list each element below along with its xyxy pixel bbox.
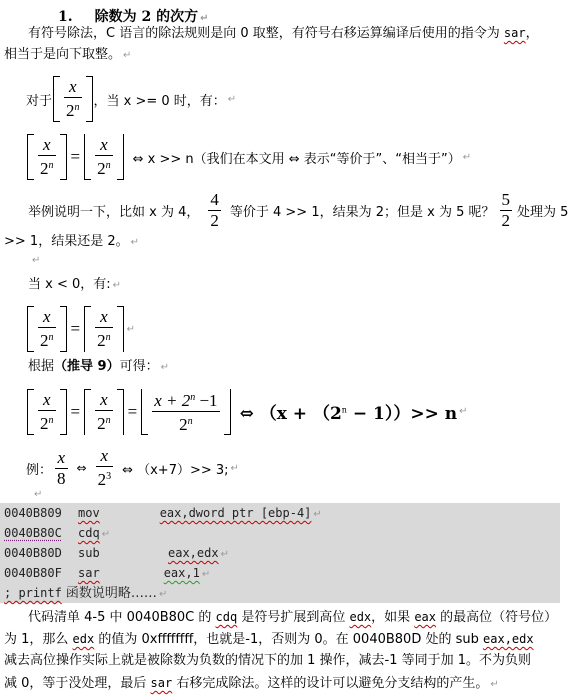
paragraph-mark: ↵ <box>113 280 121 291</box>
formula: x2n = x2n <box>26 134 125 180</box>
intro-line-1: 有符号除法，C 语言的除法规则是向 0 取整，有符号右移运算编译后使用的指令为 … <box>28 22 539 45</box>
fraction: x2n <box>64 77 82 121</box>
text: 等价于 4 >> 1，结果为 2；但是 x 为 5 呢？ <box>230 201 495 220</box>
paragraph-mark: ↵ <box>463 152 471 163</box>
paragraph-mark: ↵ <box>161 362 169 373</box>
code-term-sar: sar <box>504 26 526 40</box>
bracket-left <box>53 76 60 122</box>
derivation-label: 根据（推导 9）可得：↵ <box>28 356 169 379</box>
fraction-5-2: 52 <box>497 190 516 231</box>
intro-text: 有符号除法，C 语言的除法规则是向 0 取整，有符号右移运算编译后使用的指令为 <box>28 26 504 41</box>
text: 可得： <box>120 359 159 374</box>
text: 举例说明一下，比如 x 为 4， <box>28 201 199 220</box>
formula-ceil-equivalence: x2n = x2n ↵ <box>26 306 135 352</box>
formula-floor-equivalence: x2n = x2n ⇔ x >> n（我们在本文用 ⇔ 表示“等价于”、“相当于… <box>26 134 471 180</box>
floor-left <box>84 134 91 180</box>
fraction-4-2: 42 <box>205 190 224 231</box>
intro-text: 相当于是向下取整。 <box>4 47 121 62</box>
ceiling-left <box>84 306 91 352</box>
text: 处理为 5 <box>517 201 568 220</box>
example-line-2: >> 1，结果还是 2。↵ <box>4 231 139 254</box>
empty-paragraph: ↵ <box>30 252 40 267</box>
text: >> 1，结果还是 2。 <box>4 234 129 249</box>
example-line-1: 举例说明一下，比如 x 为 4， 42 等价于 4 >> 1，结果为 2；但是 … <box>28 190 568 231</box>
paragraph-mark: ↵ <box>127 324 135 335</box>
equivalence-text: ⇔ x >> n（我们在本文用 ⇔ 表示“等价于”、“相当于”） <box>133 148 461 167</box>
paragraph-mark: ↵ <box>131 237 139 248</box>
shift-result: ⇔ （x + （2n − 1））>> n <box>240 399 458 424</box>
formula-bracket-x-over-2n: x2n <box>52 76 94 122</box>
text: ，当 x >= 0 时，有： <box>94 90 226 109</box>
text: 对于 <box>26 90 52 109</box>
example-x-over-8: 例： x8 ⇔ x23 ⇔ （x+7）>> 3;↵ <box>26 446 239 490</box>
code-line: 0040B80Ccdq↵ <box>4 523 110 543</box>
empty-paragraph: ↵ <box>32 486 42 501</box>
intro-line-2: 相当于是向下取整。↵ <box>4 44 131 67</box>
paragraph-mark: ↵ <box>459 406 467 417</box>
paragraph-mark: ↵ <box>231 463 239 474</box>
case-nonneg-intro: 对于 x2n ，当 x >= 0 时，有：↵ <box>26 76 236 122</box>
text: ⇔ （x+7）>> 3; <box>122 459 228 478</box>
derivation-ref: （推导 9） <box>54 359 120 374</box>
case-neg-label: 当 x < 0，有:↵ <box>28 274 121 297</box>
text: 当 x < 0，有: <box>28 277 111 292</box>
code-comment: ; printf 函数说明略……↵ <box>4 583 167 603</box>
explanation-line-1: 代码清单 4-5 中 0040B80C 的 cdq 是符号扩展到高位 edx，如… <box>28 606 557 629</box>
floor-right <box>117 134 124 180</box>
paragraph-mark: ↵ <box>123 50 131 61</box>
iff-symbol: ⇔ <box>77 461 87 475</box>
formula-round-up-shift: x2n = x2n = x + 2n −12n ⇔ （x + （2n − 1））… <box>26 388 468 435</box>
code-line: 0040B80Dsubeax,edx↵ <box>4 543 229 563</box>
text: 根据 <box>28 359 54 374</box>
bracket-right <box>86 76 93 122</box>
code-line: 0040B809moveax,dword ptr [ebp-4]↵ <box>4 503 322 523</box>
intro-text: ， <box>526 26 539 41</box>
explanation-line-4: 减 0，等于没处理，最后 sar 右移完成除法。这样的设计可以避免分支结构的产生… <box>4 672 499 696</box>
code-listing: 0040B809moveax,dword ptr [ebp-4]↵ 0040B8… <box>0 503 560 603</box>
code-line: 0040B80Fsareax,1↵ <box>4 563 210 583</box>
paragraph-mark: ↵ <box>228 94 236 105</box>
explanation-line-3: 减去高位操作实际上就是被除数为负数的情况下的加 1 操作，减去-1 等同于加 1… <box>4 650 531 672</box>
text: 例： <box>26 459 52 478</box>
ceiling-right <box>117 306 124 352</box>
explanation-line-2: 为 1，那么 edx 的值为 0xffffffff，也就是-1，否则为 0。在 … <box>4 628 534 651</box>
